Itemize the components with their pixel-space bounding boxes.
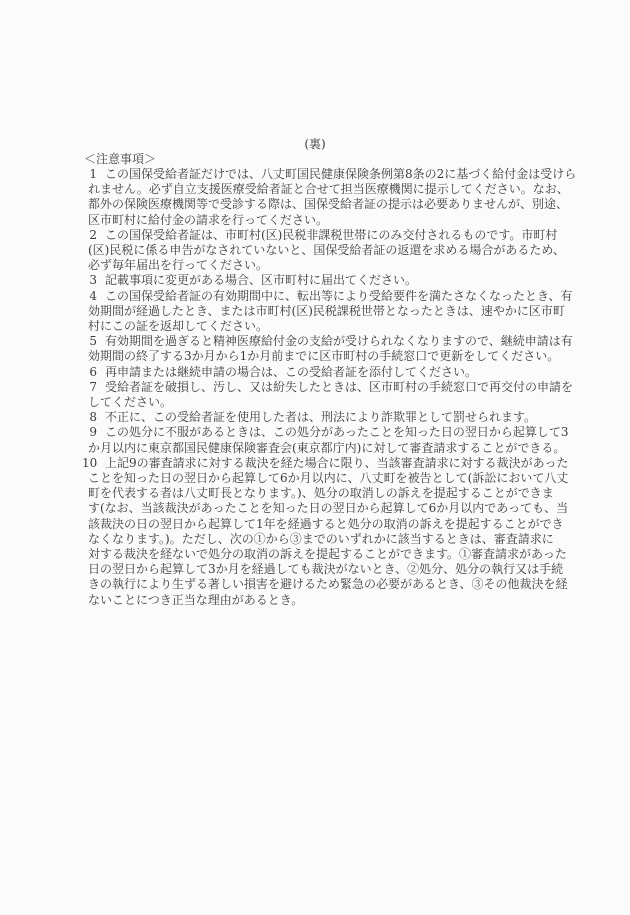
note-item-text: 再申請または継続申請の場合は、この受給者証を添付してください。 bbox=[105, 365, 477, 379]
notes-list: 1この国保受給者証だけでは、八丈町国民健康保険条例第8条の2に基づく給付金は受け… bbox=[84, 167, 584, 608]
note-item: 1この国保受給者証だけでは、八丈町国民健康保険条例第8条の2に基づく給付金は受け… bbox=[84, 167, 584, 228]
note-item-number: 3 bbox=[82, 273, 97, 288]
note-item-number: 6 bbox=[82, 365, 97, 380]
note-item: 8不正に、この受給者証を使用した者は、刑法により詐欺罪として罰せられます。 bbox=[84, 410, 584, 425]
note-item-text: 上記9の審査請求に対する裁決を経た場合に限り、当該審査請求に対する裁決があった … bbox=[88, 456, 569, 607]
note-item-text: 有効期間を過ぎると精神医療給付金の支給が受けられなくなりますので、継続申請は有 … bbox=[88, 334, 573, 363]
note-item: 2この国保受給者証は、市町村(区)民税非課税世帯にのみ交付されるものです。市町村… bbox=[84, 228, 584, 274]
note-item: 4この国保受給者証の有効期間中に、転出等により受給要件を満たさなくなったとき、有… bbox=[84, 289, 584, 335]
note-item-text: この国保受給者証の有効期間中に、転出等により受給要件を満たさなくなったとき、有 … bbox=[88, 289, 573, 333]
note-item-number: 2 bbox=[82, 228, 97, 243]
page-side-label: (裏) bbox=[0, 137, 630, 152]
note-item-number: 8 bbox=[82, 410, 97, 425]
note-item-number: 7 bbox=[82, 380, 97, 395]
note-item-text: 不正に、この受給者証を使用した者は、刑法により詐欺罪として罰せられます。 bbox=[105, 410, 536, 424]
note-item-text: 受給者証を破損し、汚し、又は紛失したときは、区市町村の手続窓口で再交付の申請を … bbox=[88, 380, 573, 409]
note-item: 7受給者証を破損し、汚し、又は紛失したときは、区市町村の手続窓口で再交付の申請を… bbox=[84, 380, 584, 410]
note-item: 3記載事項に変更がある場合、区市町村に届出てください。 bbox=[84, 273, 584, 288]
note-item-number: 4 bbox=[82, 289, 97, 304]
note-item-number: 9 bbox=[82, 425, 97, 440]
note-item-text: この国保受給者証だけでは、八丈町国民健康保険条例第8条の2に基づく給付金は受けら… bbox=[88, 167, 576, 227]
note-item-text: この国保受給者証は、市町村(区)民税非課税世帯にのみ交付されるものです。市町村 … bbox=[88, 228, 565, 272]
note-item-number: 1 bbox=[82, 167, 97, 182]
notes-section-title: ＜注意事項＞ bbox=[84, 152, 156, 167]
note-item: 6再申請または継続申請の場合は、この受給者証を添付してください。 bbox=[84, 365, 584, 380]
note-item-text: 記載事項に変更がある場合、区市町村に届出てください。 bbox=[105, 273, 417, 287]
note-item-number: 5 bbox=[82, 334, 97, 349]
note-item-number: 10 bbox=[82, 456, 97, 471]
note-item-text: この処分に不服があるときは、この処分があったことを知った日の翌日から起算して3 … bbox=[88, 425, 569, 454]
note-item: 10上記9の審査請求に対する裁決を経た場合に限り、当該審査請求に対する裁決があっ… bbox=[84, 456, 584, 608]
note-item: 9この処分に不服があるときは、この処分があったことを知った日の翌日から起算して3… bbox=[84, 425, 584, 455]
note-item: 5有効期間を過ぎると精神医療給付金の支給が受けられなくなりますので、継続申請は有… bbox=[84, 334, 584, 364]
document-page: (裏) ＜注意事項＞ 1この国保受給者証だけでは、八丈町国民健康保険条例第8条の… bbox=[0, 0, 630, 915]
